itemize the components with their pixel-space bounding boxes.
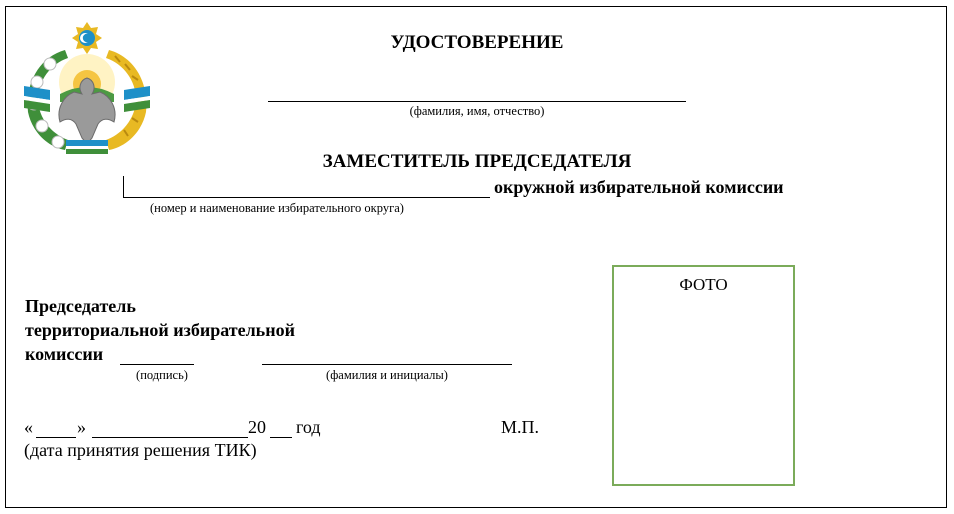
document-title: УДОСТОВЕРЕНИЕ — [0, 32, 954, 54]
district-line[interactable] — [123, 197, 490, 198]
date-hint: (дата принятия решения ТИК) — [24, 440, 257, 461]
photo-label: ФОТО — [614, 275, 793, 295]
date-day-line[interactable] — [36, 437, 76, 438]
date-open-quote: « — [24, 417, 33, 438]
date-century: 20 — [248, 417, 266, 438]
position-title: ЗАМЕСТИТЕЛЬ ПРЕДСЕДАТЕЛЯ — [0, 151, 954, 173]
date-close-quote: » — [77, 417, 86, 438]
full-name-hint: (фамилия, имя, отчество) — [268, 104, 686, 119]
district-hint: (номер и наименование избирательного окр… — [150, 201, 404, 216]
chairman-line2: территориальной избирательной — [25, 320, 295, 341]
signature-hint: (подпись) — [120, 368, 204, 383]
chairman-line3: комиссии — [25, 344, 103, 365]
chairman-name-line[interactable] — [262, 364, 512, 365]
date-month-line[interactable] — [92, 437, 248, 438]
date-year-word: год — [296, 417, 321, 438]
signature-line[interactable] — [120, 364, 194, 365]
commission-suffix: окружной избирательной комиссии — [494, 177, 784, 198]
chairman-name-hint: (фамилия и инициалы) — [262, 368, 512, 383]
date-year-line[interactable] — [270, 437, 292, 438]
full-name-line[interactable] — [268, 101, 686, 102]
photo-box[interactable]: ФОТО — [612, 265, 795, 486]
district-line-tick — [123, 176, 124, 198]
seal-label: М.П. — [501, 417, 539, 438]
chairman-line1: Председатель — [25, 296, 136, 317]
